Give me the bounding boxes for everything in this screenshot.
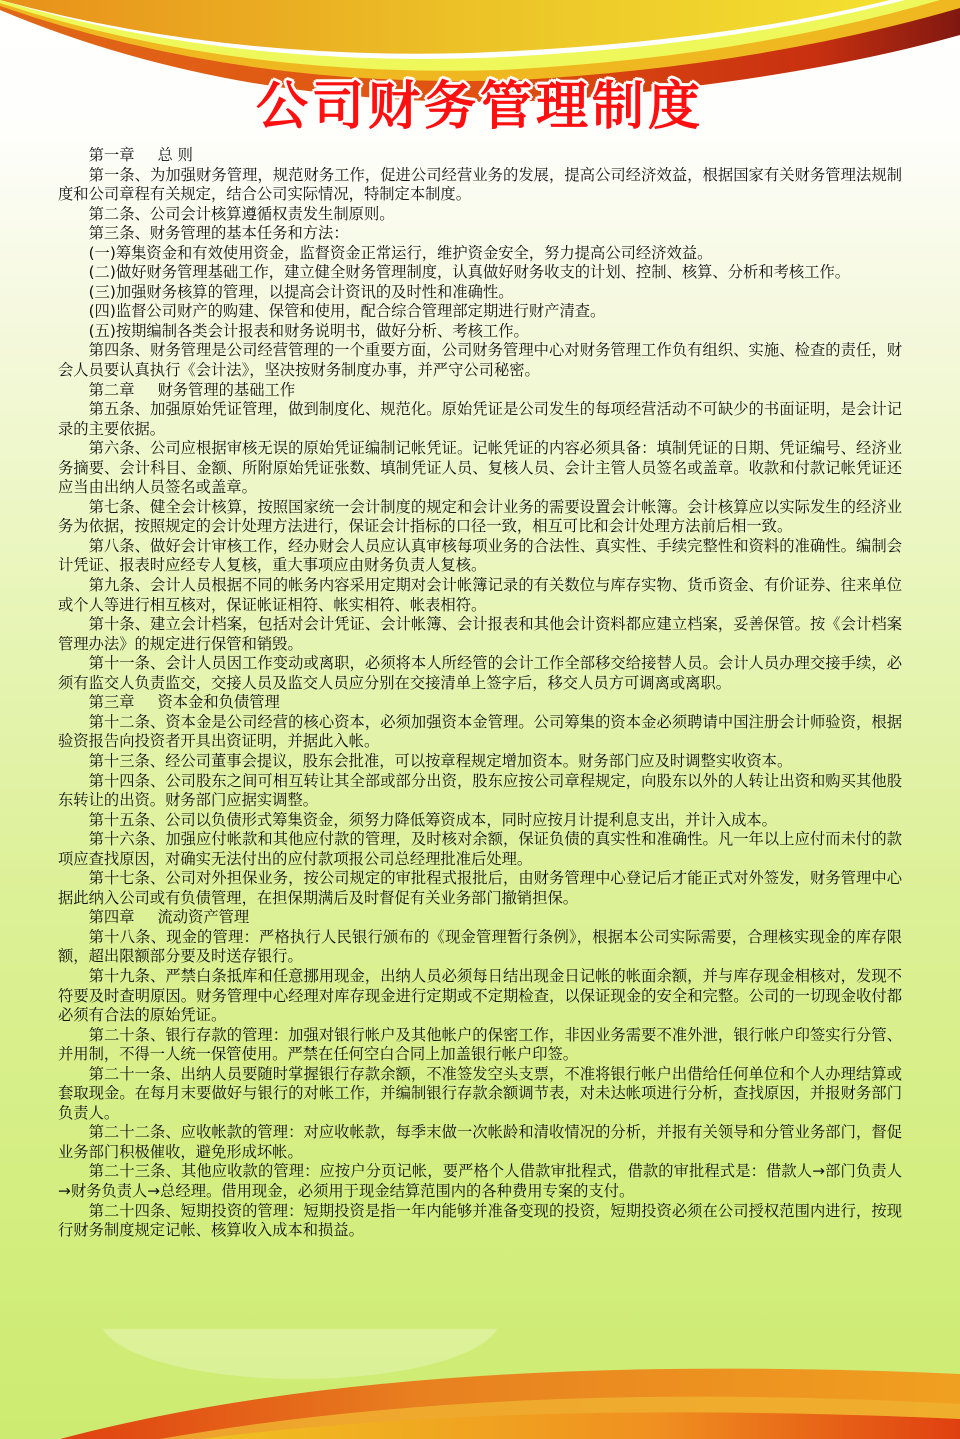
article-paragraph: (四)监督公司财产的购建、保管和使用，配合综合管理部定期进行财产清查。 [58,302,902,322]
article-paragraph: 第六条、公司应根据审核无误的原始凭证编制记帐凭证。记帐凭证的内容必须具备：填制凭… [58,439,902,498]
article-paragraph: 第十八条、现金的管理：严格执行人民银行颁布的《现金管理暂行条例》，根据本公司实际… [58,928,902,967]
chapter-number: 第四章 [89,908,135,926]
article-paragraph: 第十九条、严禁白条抵库和任意挪用现金，出纳人员必须每日结出现金日记帐的帐面余额，… [58,967,902,1026]
chapter-number: 第二章 [89,381,135,399]
article-paragraph: 第十一条、会计人员因工作变动或离职，必须将本人所经管的会计工作全部移交给接替人员… [58,654,902,693]
article-paragraph: (二)做好财务管理基础工作，建立健全财务管理制度，认真做好财务收支的计划、控制、… [58,263,902,283]
chapter-name: 总 则 [157,146,192,164]
article-paragraph: 第二十条、银行存款的管理：加强对银行帐户及其他帐户的保密工作，非因业务需要不准外… [58,1026,902,1065]
article-paragraph: (三)加强财务核算的管理，以提高会计资讯的及时性和准确性。 [58,283,902,303]
chapter-heading: 第二章财务管理的基础工作 [58,381,902,401]
chapter-name: 资本金和负债管理 [157,693,279,711]
article-paragraph: 第九条、会计人员根据不同的帐务内容采用定期对会计帐簿记录的有关数位与库存实物、货… [58,576,902,615]
bottom-decorative-swoosh [0,1329,960,1439]
article-paragraph: 第三条、财务管理的基本任务和方法： [58,224,902,244]
chapter-heading: 第四章流动资产管理 [58,908,902,928]
article-paragraph: 第二十二条、应收帐款的管理：对应收帐款，每季末做一次帐龄和清收情况的分析，并报有… [58,1123,902,1162]
article-paragraph: 第十二条、资本金是公司经营的核心资本，必须加强资本金管理。公司筹集的资本金必须聘… [58,713,902,752]
document-title: 公司财务管理制度 [0,64,960,139]
article-paragraph: 第十条、建立会计档案，包括对会计凭证、会计帐簿、会计报表和其他会计资料都应建立档… [58,615,902,654]
chapter-name: 流动资产管理 [157,908,249,926]
chapter-heading: 第一章总 则 [58,146,902,166]
article-paragraph: 第八条、做好会计审核工作，经办财会人员应认真审核每项业务的合法性、真实性、手续完… [58,537,902,576]
chapter-name: 财务管理的基础工作 [157,381,295,399]
article-paragraph: 第二十四条、短期投资的管理：短期投资是指一年内能够并准备变现的投资，短期投资必须… [58,1202,902,1241]
article-paragraph: (五)按期编制各类会计报表和财务说明书，做好分析、考核工作。 [58,322,902,342]
article-paragraph: 第十四条、公司股东之间可相互转让其全部或部分出资，股东应按公司章程规定，向股东以… [58,772,902,811]
chapter-number: 第一章 [89,146,135,164]
article-paragraph: 第十五条、公司以负债形式筹集资金，须努力降低筹资成本，同时应按月计提利息支出，并… [58,811,902,831]
chapter-heading: 第三章资本金和负债管理 [58,693,902,713]
article-paragraph: 第二十一条、出纳人员要随时掌握银行存款余额，不准签发空头支票，不准将银行帐户出借… [58,1065,902,1124]
article-paragraph: (一)筹集资金和有效使用资金，监督资金正常运行，维护资金安全，努力提高公司经济效… [58,244,902,264]
article-paragraph: 第二十三条、其他应收款的管理：应按户分页记帐，要严格个人借款审批程式，借款的审批… [58,1162,902,1201]
article-paragraph: 第五条、加强原始凭证管理，做到制度化、规范化。原始凭证是公司发生的每项经营活动不… [58,400,902,439]
article-paragraph: 第七条、健全会计核算，按照国家统一会计制度的规定和会计业务的需要设置会计帐簿。会… [58,498,902,537]
article-paragraph: 第四条、财务管理是公司经营管理的一个重要方面，公司财务管理中心对财务管理工作负有… [58,341,902,380]
regulation-body: 第一章总 则第一条、为加强财务管理，规范财务工作，促进公司经营业务的发展，提高公… [58,146,902,1241]
article-paragraph: 第十三条、经公司董事会提议，股东会批准，可以按章程规定增加资本。财务部门应及时调… [58,752,902,772]
chapter-number: 第三章 [89,693,135,711]
article-paragraph: 第一条、为加强财务管理，规范财务工作，促进公司经营业务的发展，提高公司经济效益，… [58,166,902,205]
article-paragraph: 第十七条、公司对外担保业务，按公司规定的审批程式报批后，由财务管理中心登记后才能… [58,869,902,908]
article-paragraph: 第二条、公司会计核算遵循权责发生制原则。 [58,205,902,225]
article-paragraph: 第十六条、加强应付帐款和其他应付款的管理，及时核对余额，保证负债的真实性和准确性… [58,830,902,869]
